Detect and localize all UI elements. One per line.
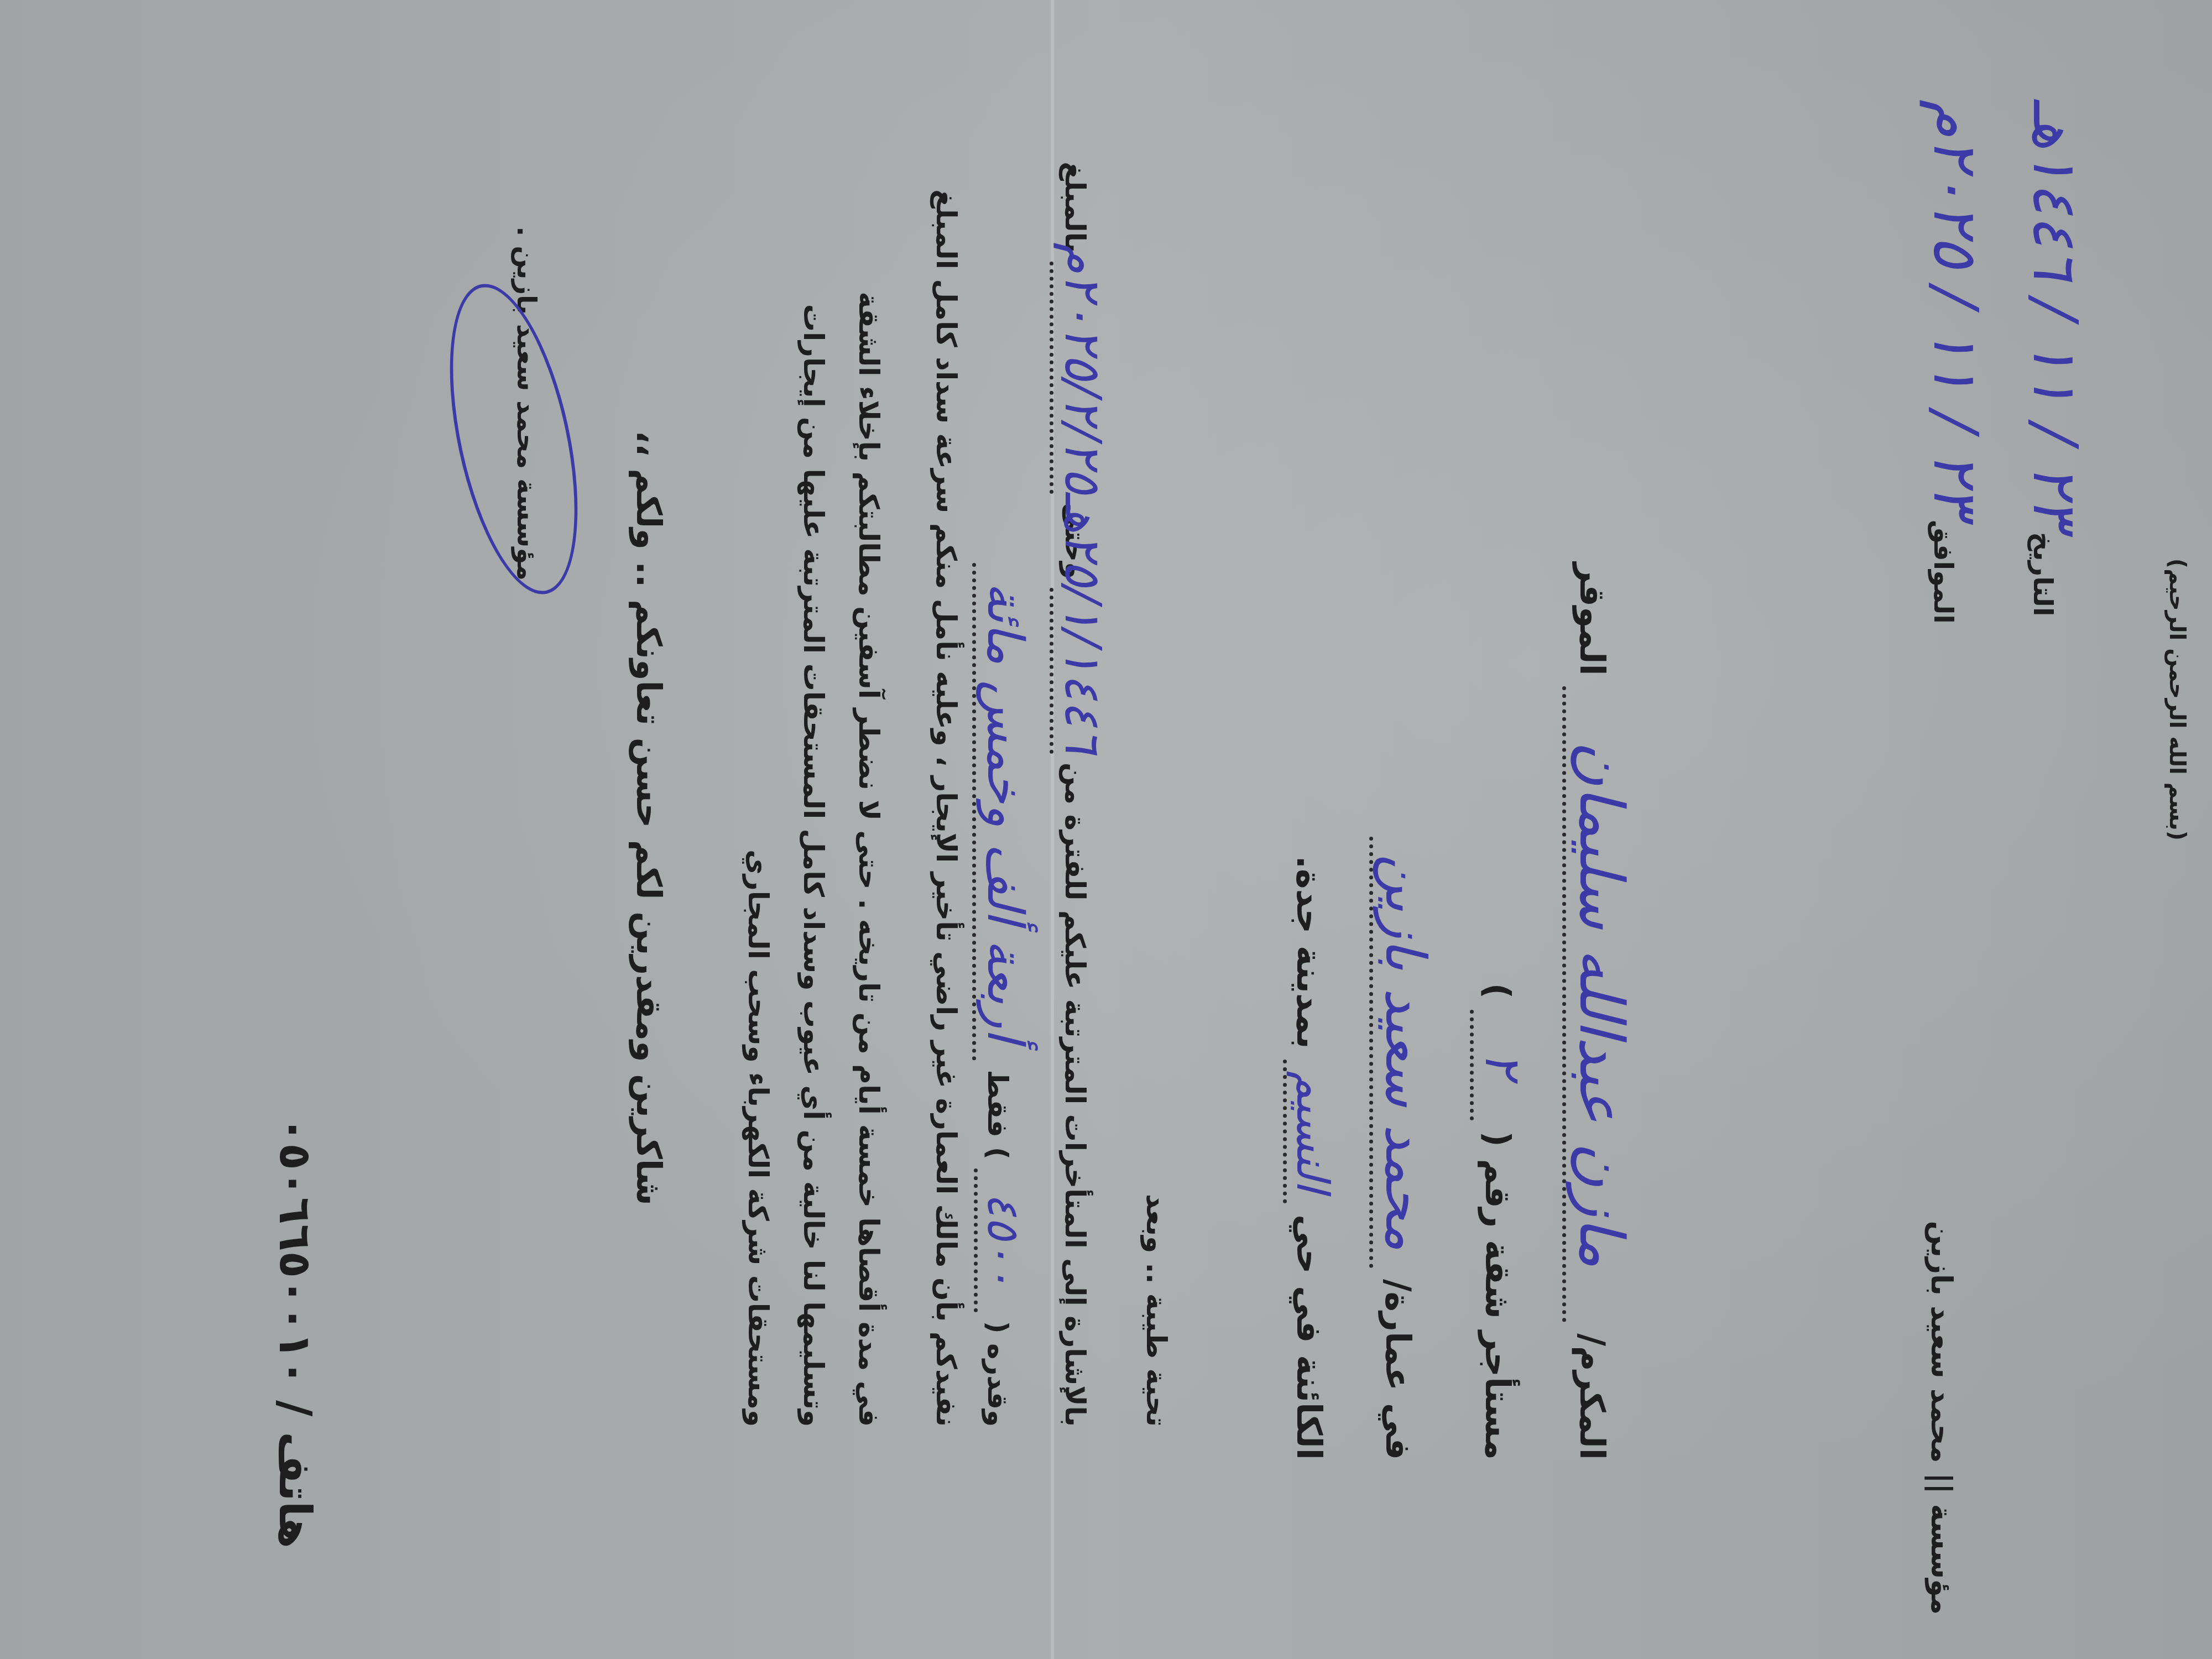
apartment-field: ٢ — [1470, 1010, 1532, 1120]
arrears-line: بالإشارة إلى المتأخرات المترتبة عليكم لل… — [1050, 161, 1112, 1427]
from-date: ٢٥/١/١٤٤٦هـ — [1053, 492, 1112, 754]
paragraph-line-2: في مدة أقصاها خمسة أيام من تاريخه . حتى … — [853, 291, 885, 1427]
recipient-suffix: الموقر — [1572, 563, 1613, 676]
closing-line: شاكرين ومقدرين لكم حسن تعاونكم .. ولكم ،… — [629, 431, 669, 1206]
tenant-label: مستأجر شقة رقم ( — [1478, 1131, 1518, 1460]
hijri-date: التاريخ ٢٣ / ١١ / ١٤٤٦هـ — [2020, 100, 2090, 616]
phone-number: ٠٥٠٦٦٥٠٠١٠ — [269, 1116, 321, 1386]
gregorian-date: الموافق ٢٣ / ١١ / ٢٠٢٥م — [1920, 100, 1991, 624]
amount-line: وقدره ( ٤٥٠٠ ) فقط أربعة ألف وخمس مائة — [972, 563, 1034, 1427]
greeting: تحية طيبة .. وبعد — [1140, 1194, 1172, 1427]
building-line: في عمارة/ محمد سعيد بازين — [1369, 837, 1438, 1460]
recipient-name: مازن عبدالله سليمان — [1566, 741, 1637, 1267]
city-label: بمدينة جدة. — [1289, 856, 1329, 1049]
tenant-close: ) — [1478, 983, 1518, 999]
amount-value: ٤٥٠٠ — [978, 1193, 1029, 1288]
phone-line: هاتف / ٠٥٠٦٦٥٠٠١٠ — [269, 1116, 321, 1548]
amount-words: أربعة ألف وخمس مائة — [976, 582, 1034, 1042]
location-line: الكائنة في حي النسيم بمدينة جدة. — [1283, 856, 1338, 1460]
amount-words-field: أربعة ألف وخمس مائة — [972, 563, 1034, 1061]
building-field: محمد سعيد بازين — [1369, 837, 1438, 1268]
gregorian-date-label: الموافق — [1928, 520, 1959, 624]
to-date: ٢٠٢٥/٢/٢٥م — [1053, 242, 1112, 494]
signature-scribble-icon — [426, 273, 602, 605]
recipient-line: المكرم/ مازن عبدالله سليمان الموقر — [1562, 563, 1637, 1460]
hijri-date-label: التاريخ — [2027, 532, 2058, 616]
tenant-line: مستأجر شقة رقم ( ٢ ) — [1470, 983, 1532, 1460]
hijri-date-value: ٢٣ / ١١ / ١٤٤٦هـ — [2020, 100, 2090, 529]
phone-label: هاتف / — [269, 1400, 321, 1548]
paragraph-line-1: نفيدكم بأن مالك العمارة غير راضي تأخير ا… — [930, 190, 962, 1427]
amount-label: بالمبلغ — [1059, 161, 1091, 253]
organization-name: مؤسسة || محمد سعيد بازين — [1924, 1221, 1958, 1615]
arrears-text: بالإشارة إلى المتأخرات المترتبة عليكم لل… — [1059, 763, 1091, 1427]
to-date-field: ٢٠٢٥/٢/٢٥م — [1050, 262, 1112, 494]
building-owner: محمد سعيد بازين — [1373, 854, 1438, 1251]
amount-label-open: وقدره ( — [982, 1321, 1014, 1427]
recipient-label: المكرم/ — [1572, 1333, 1613, 1460]
apartment-number: ٢ — [1474, 1052, 1532, 1078]
letter-page: (بسم الله الرحمن الرحيم) مؤسسة || محمد س… — [0, 0, 2212, 1659]
basmala: (بسم الله الرحمن الرحيم) — [2164, 559, 2190, 841]
building-label: في عمارة/ — [1378, 1279, 1418, 1460]
district-name: النسيم — [1287, 1071, 1338, 1193]
amount-field: ٤٥٠٠ — [974, 1168, 1029, 1312]
recipient-field: مازن عبدالله سليمان — [1562, 686, 1637, 1322]
from-date-field: ٢٥/١/١٤٤٦هـ — [1050, 588, 1112, 754]
amount-only: ) فقط — [982, 1070, 1014, 1160]
gregorian-date-value: ٢٣ / ١١ / ٢٠٢٥م — [1920, 100, 1991, 517]
paragraph-line-3: وتسليمها لنا خالية من أي عيوب وسداد كامل… — [797, 304, 830, 1427]
signature-block: مؤسسة محمد سعيد بازين . — [511, 226, 542, 581]
location-label: الكائنة في حي — [1289, 1214, 1329, 1460]
paragraph-line-4: ومستحقات شركة الكهرباء وسحب المجاري — [742, 849, 774, 1427]
district-field: النسيم — [1283, 1060, 1338, 1203]
